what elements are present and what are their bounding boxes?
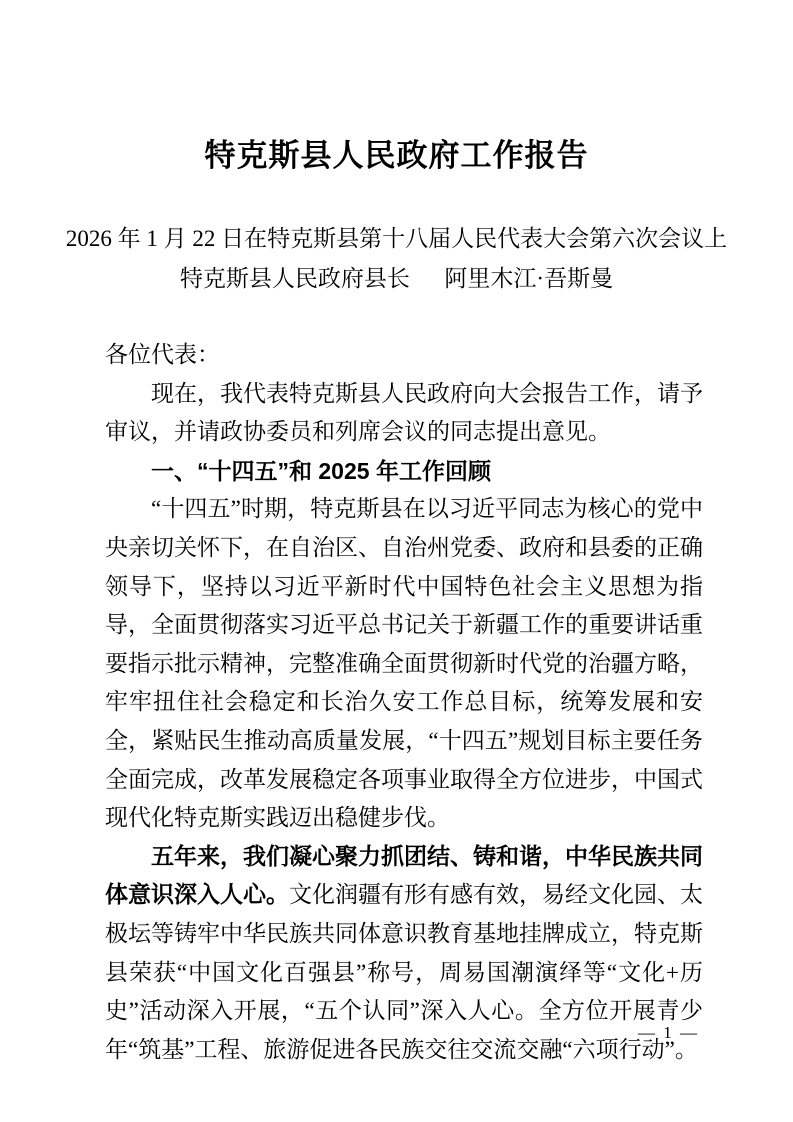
author-subtitle: 特克斯县人民政府县长阿里木江·吾斯曼 xyxy=(0,264,793,294)
paragraph-intro: 现在，我代表特克斯县人民政府向大会报告工作，请予审议，并请政协委员和列席会议的同… xyxy=(105,375,703,452)
paragraph-review: “十四五”时期，特克斯县在以习近平同志为核心的党中央亲切关怀下，在自治区、自治州… xyxy=(105,490,703,837)
meeting-subtitle: 2026 年 1 月 22 日在特克斯县第十八届人民代表大会第六次会议上 xyxy=(0,224,793,254)
five-years-rest: 文化润疆有形有感有效，易经文化园、太极坛等铸牢中华民族共同体意识教育基地挂牌成立… xyxy=(105,882,703,1061)
author-name: 阿里木江·吾斯曼 xyxy=(444,266,613,291)
document-title: 特克斯县人民政府工作报告 xyxy=(0,136,793,176)
section-heading-review: 一、“十四五”和 2025 年工作回顾 xyxy=(105,452,703,491)
document-body: 各位代表： 现在，我代表特克斯县人民政府向大会报告工作，请予审议，并请政协委员和… xyxy=(105,336,703,1069)
salutation: 各位代表： xyxy=(105,336,703,375)
page-number: — 1 — xyxy=(638,1022,699,1044)
document-page: 特克斯县人民政府工作报告 2026 年 1 月 22 日在特克斯县第十八届人民代… xyxy=(0,0,793,1122)
author-role: 特克斯县人民政府县长 xyxy=(180,266,410,291)
paragraph-five-years: 五年来，我们凝心聚力抓团结、铸和谐，中华民族共同体意识深入人心。文化润疆有形有感… xyxy=(105,838,703,1070)
